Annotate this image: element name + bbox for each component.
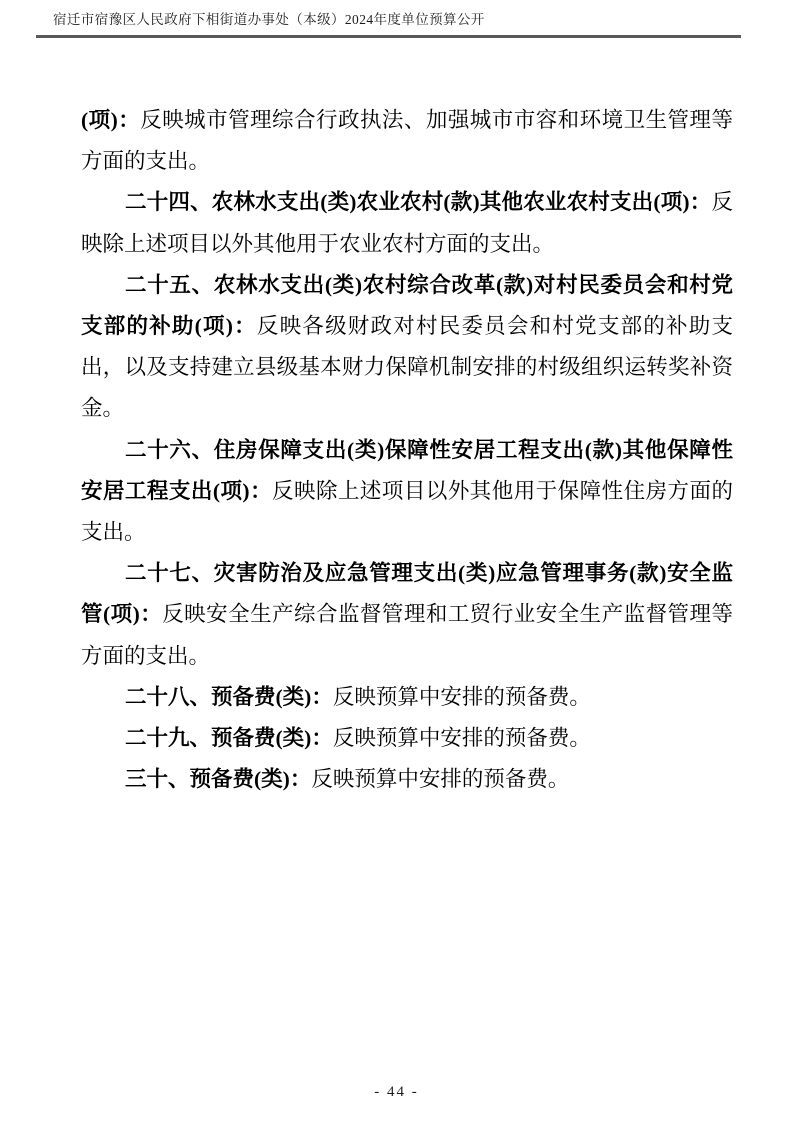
paragraph-28: 二十八、预备费(类)：反映预算中安排的预备费。 [81, 677, 733, 718]
document-page: 宿迁市宿豫区人民政府下相街道办事处（本级）2024年度单位预算公开 (项)：反映… [0, 0, 793, 1122]
paragraph-lead: (项)： [81, 108, 140, 132]
header-title: 宿迁市宿豫区人民政府下相街道办事处（本级）2024年度单位预算公开 [53, 10, 485, 30]
page-footer: - 44 - [0, 1083, 793, 1101]
page-number: - 44 - [374, 1084, 419, 1100]
paragraph-lead: 二十九、预备费(类)： [125, 726, 333, 750]
paragraph-lead: 二十八、预备费(类)： [125, 685, 333, 709]
paragraph-25: 二十五、农林水支出(类)农村综合改革(款)对村民委员会和村党支部的补助(项)：反… [81, 265, 733, 430]
paragraph-text: 反映城市管理综合行政执法、加强城市市容和环境卫生管理等方面的支出。 [81, 108, 733, 173]
paragraph-lead: 二十四、农林水支出(类)农业农村(款)其他农业农村支出(项)： [125, 190, 711, 214]
paragraph-lead: 三十、预备费(类)： [125, 767, 311, 791]
paragraph-30: 三十、预备费(类)：反映预算中安排的预备费。 [81, 759, 733, 800]
document-body: (项)：反映城市管理综合行政执法、加强城市市容和环境卫生管理等方面的支出。 二十… [81, 100, 733, 800]
paragraph-27: 二十七、灾害防治及应急管理支出(类)应急管理事务(款)安全监管(项)：反映安全生… [81, 553, 733, 677]
header-rule [36, 35, 741, 38]
paragraph-text: 反映预算中安排的预备费。 [333, 685, 591, 709]
paragraph-text: 反映预算中安排的预备费。 [333, 726, 591, 750]
paragraph-text: 反映安全生产综合监督管理和工贸行业安全生产监督管理等方面的支出。 [81, 602, 733, 667]
paragraph-29: 二十九、预备费(类)：反映预算中安排的预备费。 [81, 718, 733, 759]
paragraph-24: 二十四、农林水支出(类)农业农村(款)其他农业农村支出(项)：反映除上述项目以外… [81, 182, 733, 264]
paragraph-text: 反映预算中安排的预备费。 [311, 767, 569, 791]
paragraph-26: 二十六、住房保障支出(类)保障性安居工程支出(款)其他保障性安居工程支出(项)：… [81, 430, 733, 554]
paragraph-23-continuation: (项)：反映城市管理综合行政执法、加强城市市容和环境卫生管理等方面的支出。 [81, 100, 733, 182]
